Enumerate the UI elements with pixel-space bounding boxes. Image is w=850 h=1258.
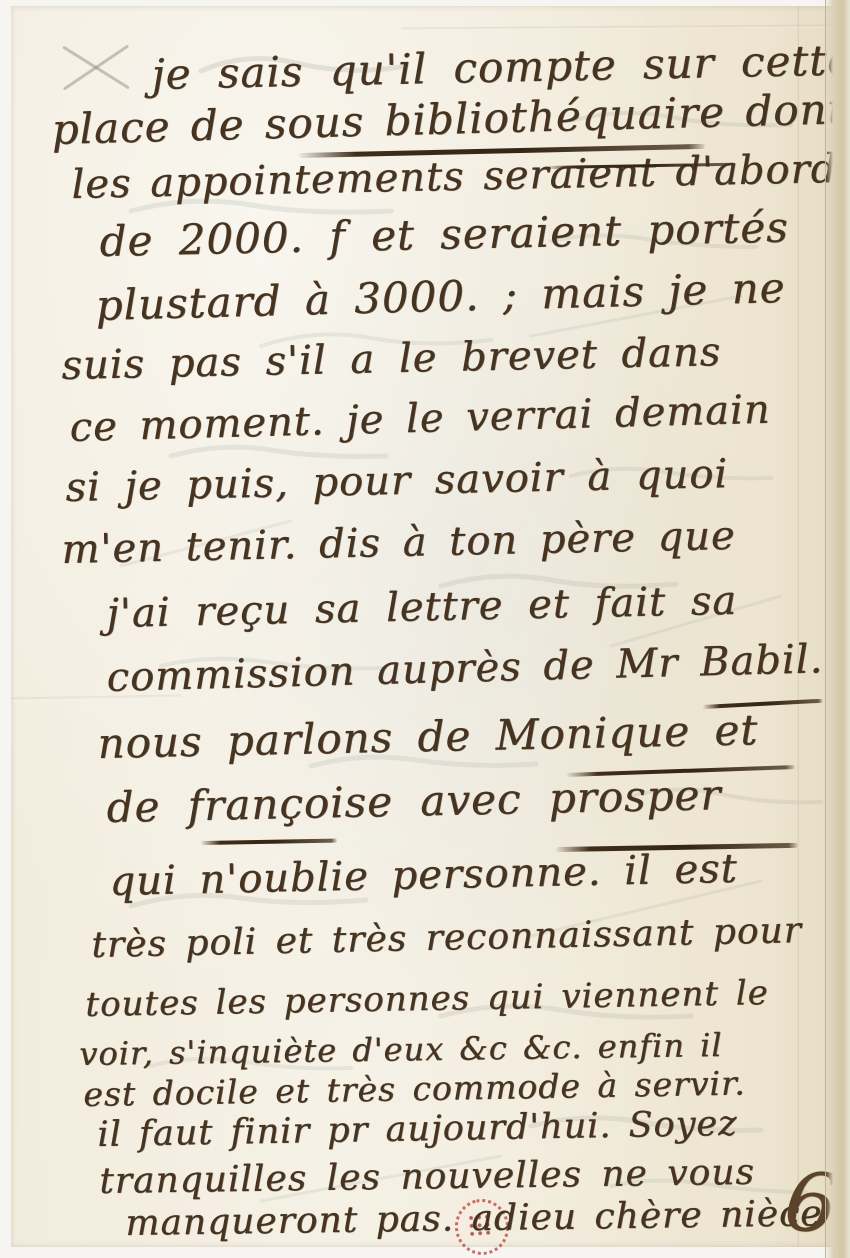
scanned-letter-page: je sais qu'il compte sur cette place de … [0, 0, 850, 1258]
letter-paper: je sais qu'il compte sur cette place de … [11, 6, 846, 1247]
page-edge [825, 0, 850, 1258]
pencil-x-mark [61, 40, 131, 98]
